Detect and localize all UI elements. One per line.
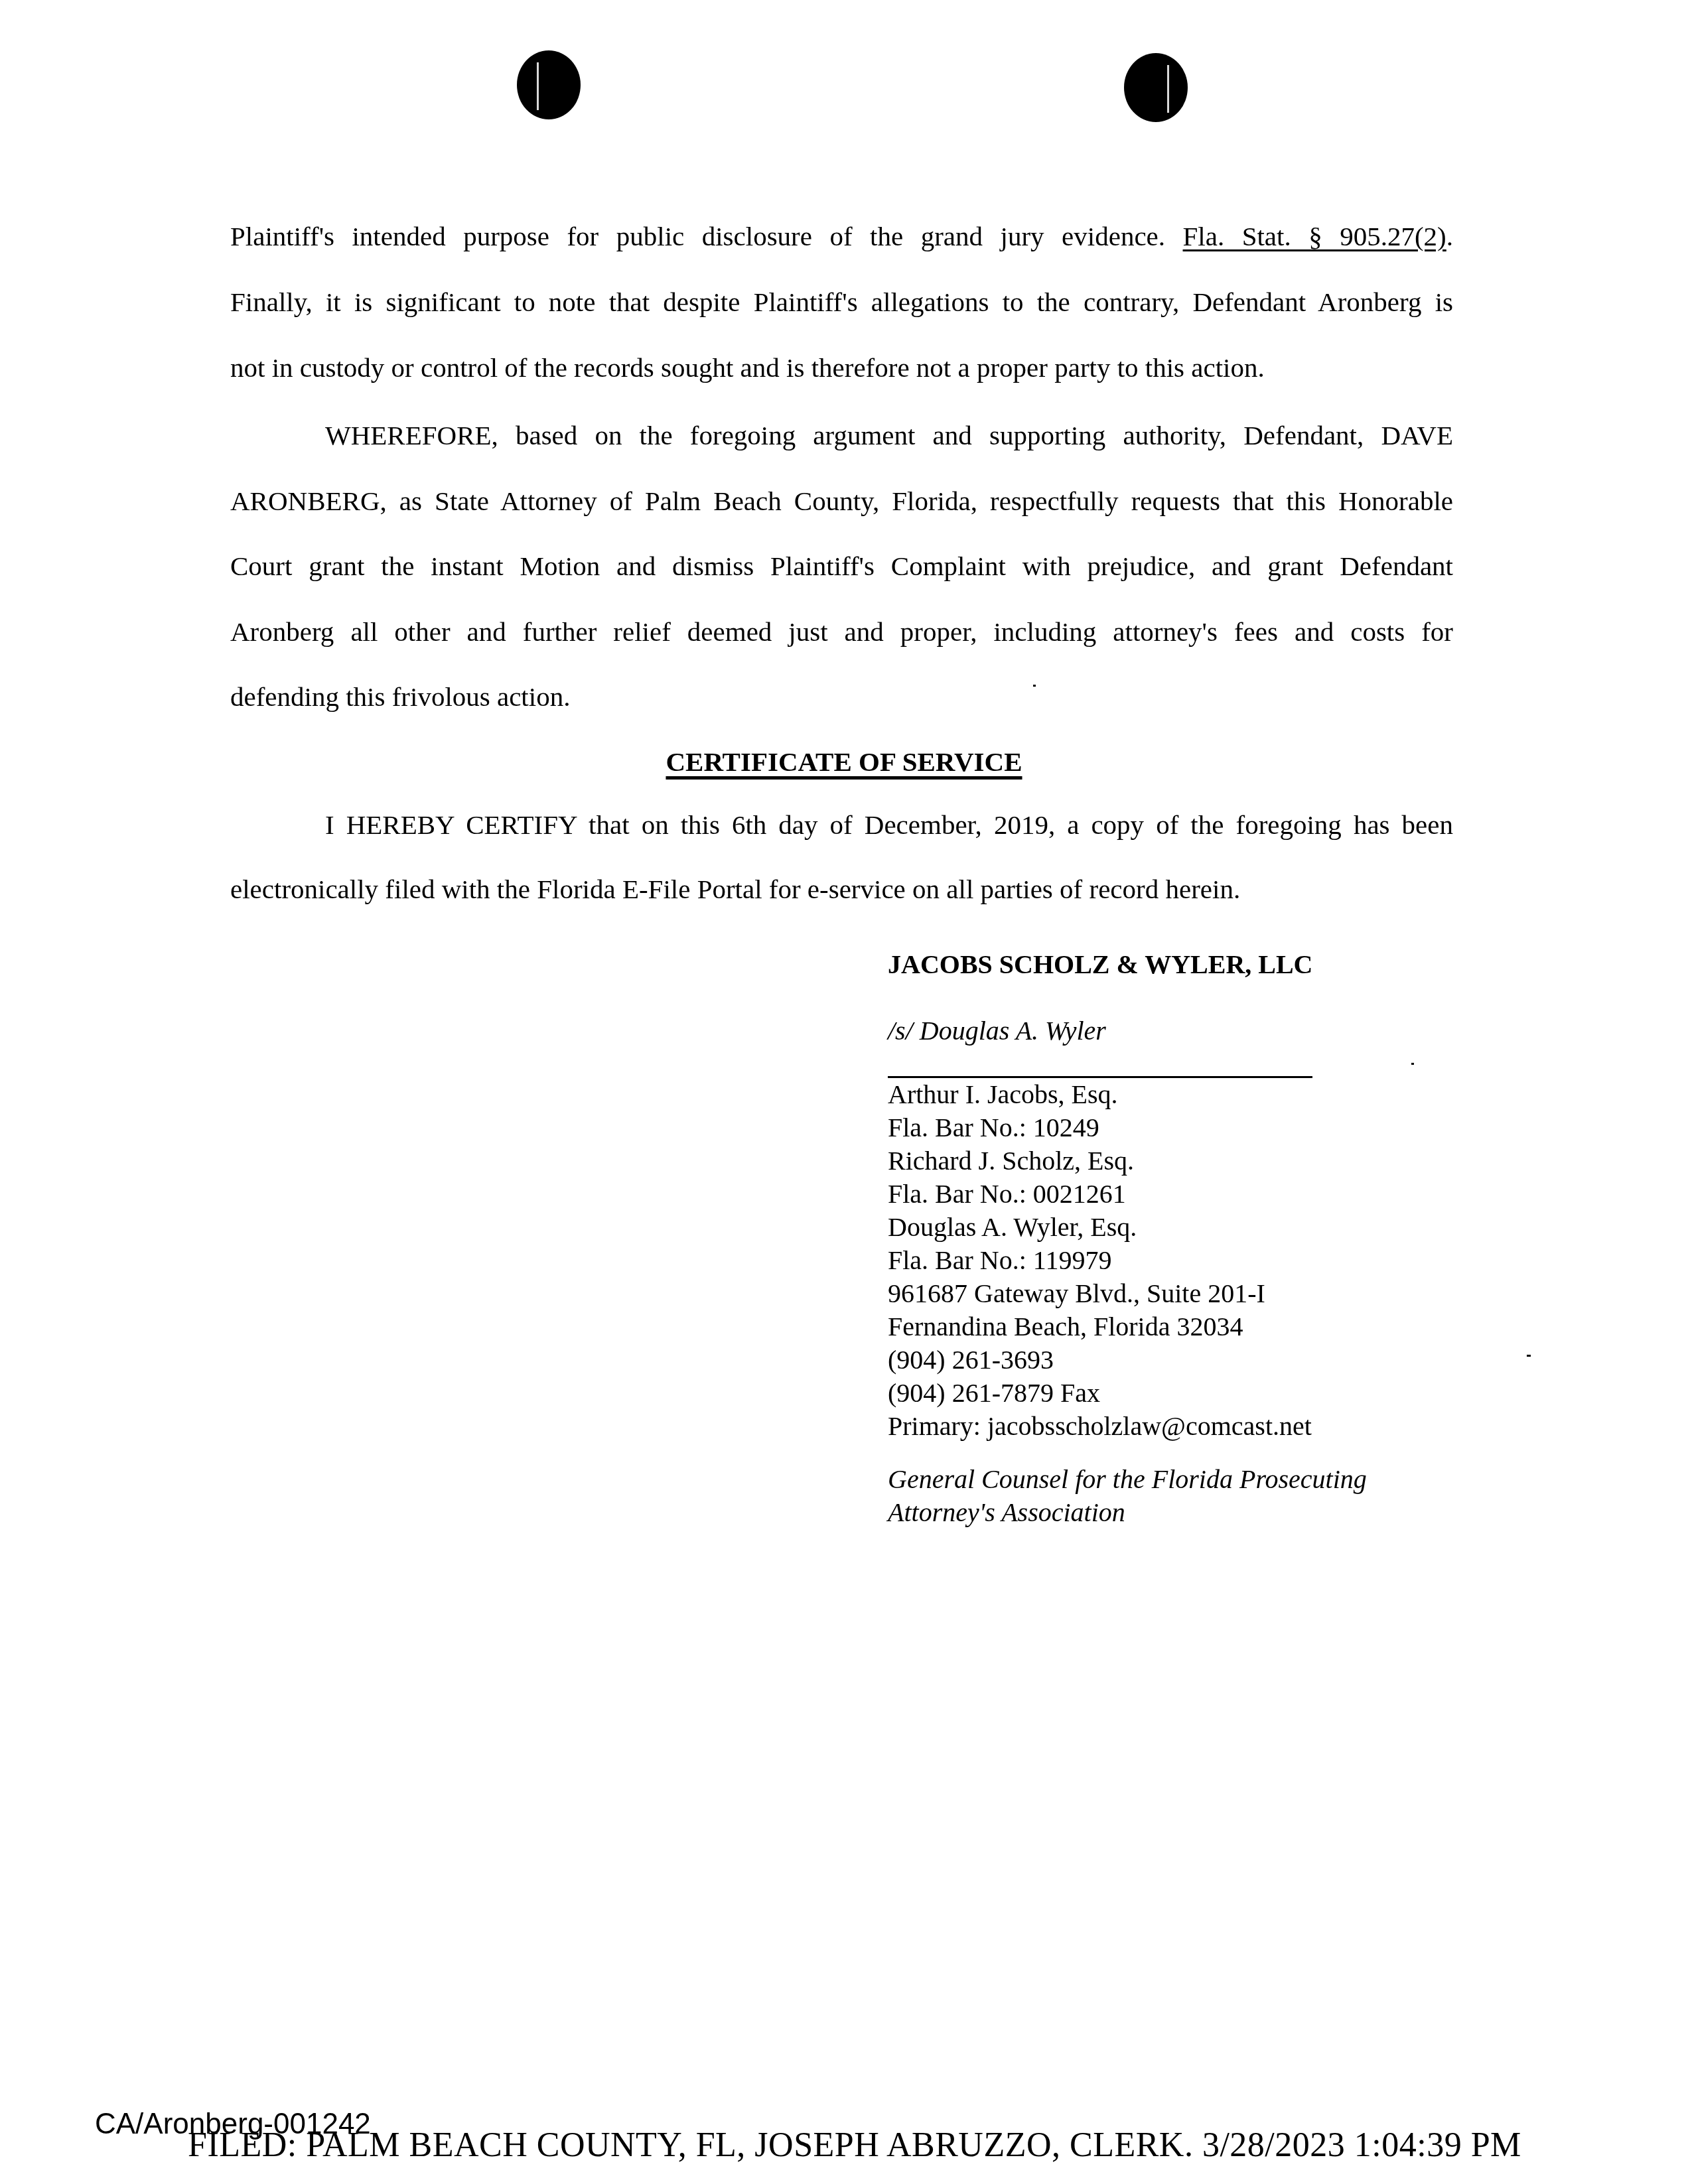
counsel-line: General Counsel for the Florida Prosecut… xyxy=(888,1463,1367,1496)
certificate-line-2: electronically filed with the Florida E-… xyxy=(230,876,1453,903)
counsel-designation: General Counsel for the Florida Prosecut… xyxy=(888,1463,1367,1529)
wherefore-line-5: defending this frivolous action. xyxy=(230,683,1453,711)
punch-hole-left xyxy=(517,50,581,119)
contact-line: Fla. Bar No.: 119979 xyxy=(888,1244,1312,1277)
text: Plaintiff's intended purpose for public … xyxy=(230,221,1183,251)
punch-hole-right xyxy=(1124,53,1188,122)
clerk-filed-stamp: FILED: PALM BEACH COUNTY, FL, JOSEPH ABR… xyxy=(188,2128,1521,2163)
contact-email-line: Primary: jacobsscholzlaw@comcast.net xyxy=(888,1410,1312,1443)
wherefore-line-1: WHEREFORE, based on the foregoing argume… xyxy=(325,422,1453,449)
wherefore-line-4: Aronberg all other and further relief de… xyxy=(230,618,1453,646)
wherefore-line-3: Court grant the instant Motion and dismi… xyxy=(230,553,1453,580)
contact-line: 961687 Gateway Blvd., Suite 201-I xyxy=(888,1277,1312,1310)
scan-speck xyxy=(1527,1355,1531,1357)
contact-line: Fla. Bar No.: 10249 xyxy=(888,1111,1312,1144)
contact-line: (904) 261-7879 Fax xyxy=(888,1377,1312,1410)
firm-name: JACOBS SCHOLZ & WYLER, LLC xyxy=(888,951,1313,978)
counsel-line: Attorney's Association xyxy=(888,1496,1367,1529)
electronic-signature: /s/ Douglas A. Wyler xyxy=(888,1018,1106,1044)
statute-citation: Fla. Stat. § 905.27(2) xyxy=(1183,221,1446,251)
contact-line: Richard J. Scholz, Esq. xyxy=(888,1144,1312,1178)
text: . xyxy=(1446,221,1453,251)
paragraph-1-line-1: Plaintiff's intended purpose for public … xyxy=(230,223,1453,250)
scan-speck xyxy=(1033,685,1036,687)
certificate-heading: CERTIFICATE OF SERVICE xyxy=(0,748,1688,776)
contact-line: Fla. Bar No.: 0021261 xyxy=(888,1178,1312,1211)
paragraph-1-line-3: not in custody or control of the records… xyxy=(230,354,1453,381)
wherefore-line-2: ARONBERG, as State Attorney of Palm Beac… xyxy=(230,488,1453,515)
attorney-contact-block: Arthur I. Jacobs, Esq. Fla. Bar No.: 102… xyxy=(888,1078,1312,1443)
contact-line: Douglas A. Wyler, Esq. xyxy=(888,1211,1312,1244)
paragraph-1-line-2: Finally, it is significant to note that … xyxy=(230,289,1453,316)
certificate-heading-text: CERTIFICATE OF SERVICE xyxy=(666,746,1022,777)
contact-line: Fernandina Beach, Florida 32034 xyxy=(888,1310,1312,1343)
contact-line: (904) 261-3693 xyxy=(888,1343,1312,1377)
scan-speck xyxy=(1411,1063,1414,1065)
contact-line: Arthur I. Jacobs, Esq. xyxy=(888,1078,1312,1111)
certificate-line-1: I HEREBY CERTIFY that on this 6th day of… xyxy=(325,811,1453,839)
